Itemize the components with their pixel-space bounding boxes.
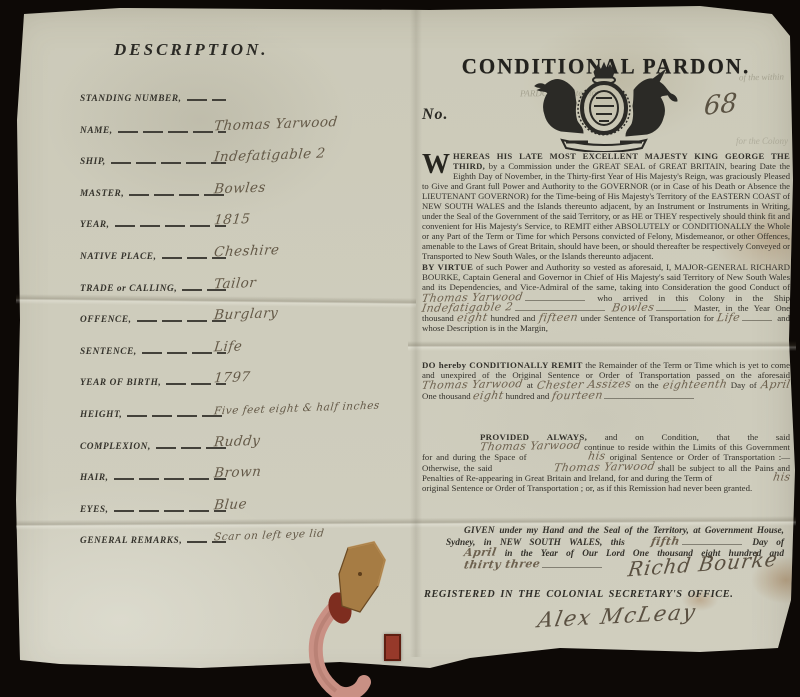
wax-seal-and-ribbon [290, 540, 420, 697]
pardon-panel: CONDITIONAL PARDON. of the within PARDON… [422, 40, 790, 660]
field-label: TRADE or CALLING, [80, 284, 177, 294]
field-rule-line [187, 99, 226, 101]
dropcap-w: W [422, 153, 450, 176]
field-rule-line [127, 415, 226, 417]
whereas-paragraph: WHEREAS HIS LATE MOST EXCELLENT MAJESTY … [422, 152, 790, 262]
field-rule-line [118, 131, 226, 133]
field-label: EYES, [80, 505, 109, 515]
description-field-row: NATIVE PLACE, Cheshire [80, 248, 226, 262]
description-field-row: STANDING NUMBER, [80, 90, 226, 104]
bleedthrough-text: for the Colony [736, 136, 788, 146]
description-panel: DESCRIPTION. STANDING NUMBER, NAME, Thom… [80, 40, 392, 564]
field-rule-line [111, 162, 226, 164]
field-label: GENERAL REMARKS, [80, 536, 182, 546]
field-label: SENTENCE, [80, 347, 137, 357]
screenshot-root: { "colors": { "background": "#0d0906", "… [0, 0, 800, 697]
description-field-row: SENTENCE, Life [80, 343, 226, 357]
field-label: COMPLEXION, [80, 442, 151, 452]
field-rule-line [114, 478, 226, 480]
by-virtue-paragraph: BY VIRTUE of such Power and Authority so… [422, 262, 790, 333]
field-label: MASTER, [80, 189, 124, 199]
field-rule-line [129, 194, 226, 196]
field-label: STANDING NUMBER, [80, 94, 182, 104]
provided-always-paragraph: PROVIDED ALWAYS, and on Condition, that … [422, 432, 790, 493]
description-field-row: HAIR, Brown [80, 469, 226, 483]
description-field-row: SHIP, Indefatigable 2 [80, 153, 226, 167]
description-field-row: YEAR OF BIRTH, 1797 [80, 374, 226, 388]
description-field-row: TRADE or CALLING, Tailor [80, 280, 226, 294]
field-label: NATIVE PLACE, [80, 252, 157, 262]
description-field-row: MASTER, Bowles [80, 185, 226, 199]
field-label: NAME, [80, 126, 113, 136]
do-hereby-paragraph: DO hereby CONDITIONALLY REMIT the Remain… [422, 360, 790, 401]
description-field-row: COMPLEXION, Ruddy [80, 438, 226, 452]
pardon-number-label: No. [422, 106, 449, 124]
description-field-row: EYES, Blue [80, 501, 226, 515]
description-field-row: HEIGHT, Five feet eight & half inches [80, 406, 226, 420]
description-field-row: YEAR, 1815 [80, 216, 226, 230]
field-label: SHIP, [80, 157, 106, 167]
field-label: YEAR, [80, 220, 110, 230]
field-rule-line [114, 510, 226, 512]
description-fields: STANDING NUMBER, NAME, Thomas Yarwood SH… [80, 90, 392, 546]
field-label: HAIR, [80, 473, 109, 483]
description-field-row: OFFENCE, Burglary [80, 311, 226, 325]
description-heading: DESCRIPTION. [114, 40, 392, 60]
royal-coat-of-arms-icon [516, 60, 692, 157]
registered-line: REGISTERED IN THE COLONIAL SECRETARY'S O… [424, 589, 733, 600]
field-label: OFFENCE, [80, 315, 132, 325]
pardon-number-value: 68 [703, 88, 738, 122]
colonial-secretary-signature: Alex McLeay [536, 600, 699, 633]
field-label: YEAR OF BIRTH, [80, 378, 161, 388]
description-field-row: NAME, Thomas Yarwood [80, 122, 226, 136]
description-field-row: GENERAL REMARKS, Scar on left eye lid [80, 532, 226, 546]
field-rule-line [115, 225, 226, 227]
field-label: HEIGHT, [80, 410, 122, 420]
